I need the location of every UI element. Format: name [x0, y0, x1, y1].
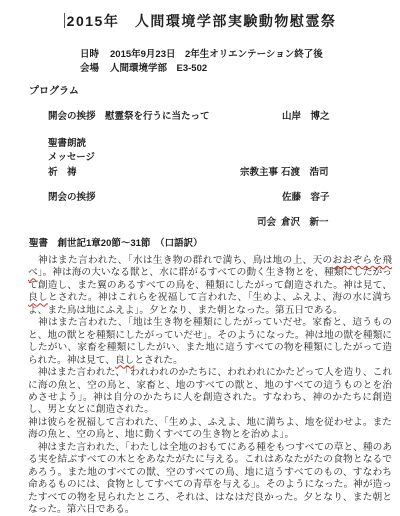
datetime-value: 2015年9月23日 2年生オリエンテーション終了後 — [110, 49, 323, 60]
venue-label: 会場 — [80, 63, 99, 74]
scripture-body: 神はまた言われた、「水は生き物の群れで満ち、鳥は地の上、天のおおぞらを飛べ」。神… — [28, 255, 392, 516]
scripture-text: とされた。 — [134, 355, 182, 366]
scripture-text: 神は彼らを祝福して言われた、「生めよ、ふえよ、地に満ちよ、地を従わせよ。また海の… — [28, 417, 392, 440]
event-datetime-row: 日時2015年9月23日 2年生オリエンテーション終了後 — [80, 48, 323, 62]
document-title: 2015年 人間環境学部実験動物慰霊祭 — [0, 11, 400, 31]
document-title-text: 2015年 人間環境学部実験動物慰霊祭 — [67, 13, 337, 29]
program-prayer-label: 祈 祷 — [48, 164, 77, 178]
scripture-paragraph: 神はまた言われた、「われわれのかたちに、われわれにかたどって人を造り、これに海の… — [28, 367, 392, 417]
document-page: 2015年 人間環境学部実験動物慰霊祭 日時2015年9月23日 2年生オリエン… — [0, 0, 400, 516]
scripture-heading: 聖書 創世記1章20節～31節 （口語訳） — [29, 235, 203, 249]
venue-value: 人間環境学部 E3-502 — [110, 63, 207, 74]
spellcheck-underlined-text: 良し — [28, 292, 48, 303]
program-prayer-role: 宗教主事 — [240, 164, 278, 178]
program-closing-person: 佐藤 容子 — [282, 189, 330, 203]
program-reading-label: 聖書朗読 — [48, 135, 86, 149]
scripture-paragraph: 神はまた言われた、「わたしは全地のおもてにある種をもつすべての草と、種のある実を… — [28, 442, 392, 516]
scripture-paragraph: 神はまた言われた、「地は生き物を種類にしたがっていだせ。家畜と、這うものと、地の… — [28, 317, 392, 367]
spellcheck-underlined-text: 良し — [115, 355, 134, 366]
program-opening-person: 山岸 博之 — [282, 108, 330, 122]
program-mc-role: 司会 — [257, 214, 276, 228]
program-opening-label: 開会の挨拶 — [48, 108, 96, 122]
program-opening-desc: 慰霊祭を行うに当たって — [105, 108, 210, 122]
event-info: 日時2015年9月23日 2年生オリエンテーション終了後 会場人間環境学部 E3… — [80, 48, 323, 75]
program-message-label: メッセージ — [48, 149, 95, 163]
scripture-text: 」。神は海の大いなる獣と、水に群がるすべての動く生き物とを、種類にしたがって創造… — [28, 267, 392, 290]
program-prayer-person: 石渡 浩司 — [281, 164, 329, 178]
scripture-paragraph: 神はまた言われた、「水は生き物の群れで満ち、鳥は地の上、天のおおぞらを飛べ」。神… — [28, 255, 392, 317]
scripture-paragraph: 神は彼らを祝福して言われた、「生めよ、ふえよ、地に満ちよ、地を従わせよ。また海の… — [28, 417, 392, 442]
scripture-text: とされた。神はこれらを祝福して言われた、「生めよ、ふえよ、海の水に満ちよ、また鳥… — [28, 292, 392, 315]
event-venue-row: 会場人間環境学部 E3-502 — [80, 62, 323, 76]
datetime-label: 日時 — [80, 49, 99, 60]
scripture-text: 神はまた言われた、「水は生き物の群れで満ち、鳥は地の上、天の — [28, 255, 332, 266]
scripture-text: 神はまた言われた、「地は生き物を種類にしたがっていだせ。家畜と、這うものと、地の… — [28, 317, 392, 365]
scripture-text: 神はまた言われた、「わたしは全地のおもてにある種をもつすべての草と、種のある実を… — [28, 442, 392, 515]
program-mc-person: 倉沢 新一 — [281, 214, 329, 228]
text-cursor — [64, 13, 65, 28]
program-closing-label: 閉会の挨拶 — [48, 189, 96, 203]
scripture-text: 神はまた言われた、「われわれのかたちに、われわれにかたどって人を造り、これに海の… — [28, 367, 392, 415]
program-heading: プログラム — [29, 82, 79, 97]
